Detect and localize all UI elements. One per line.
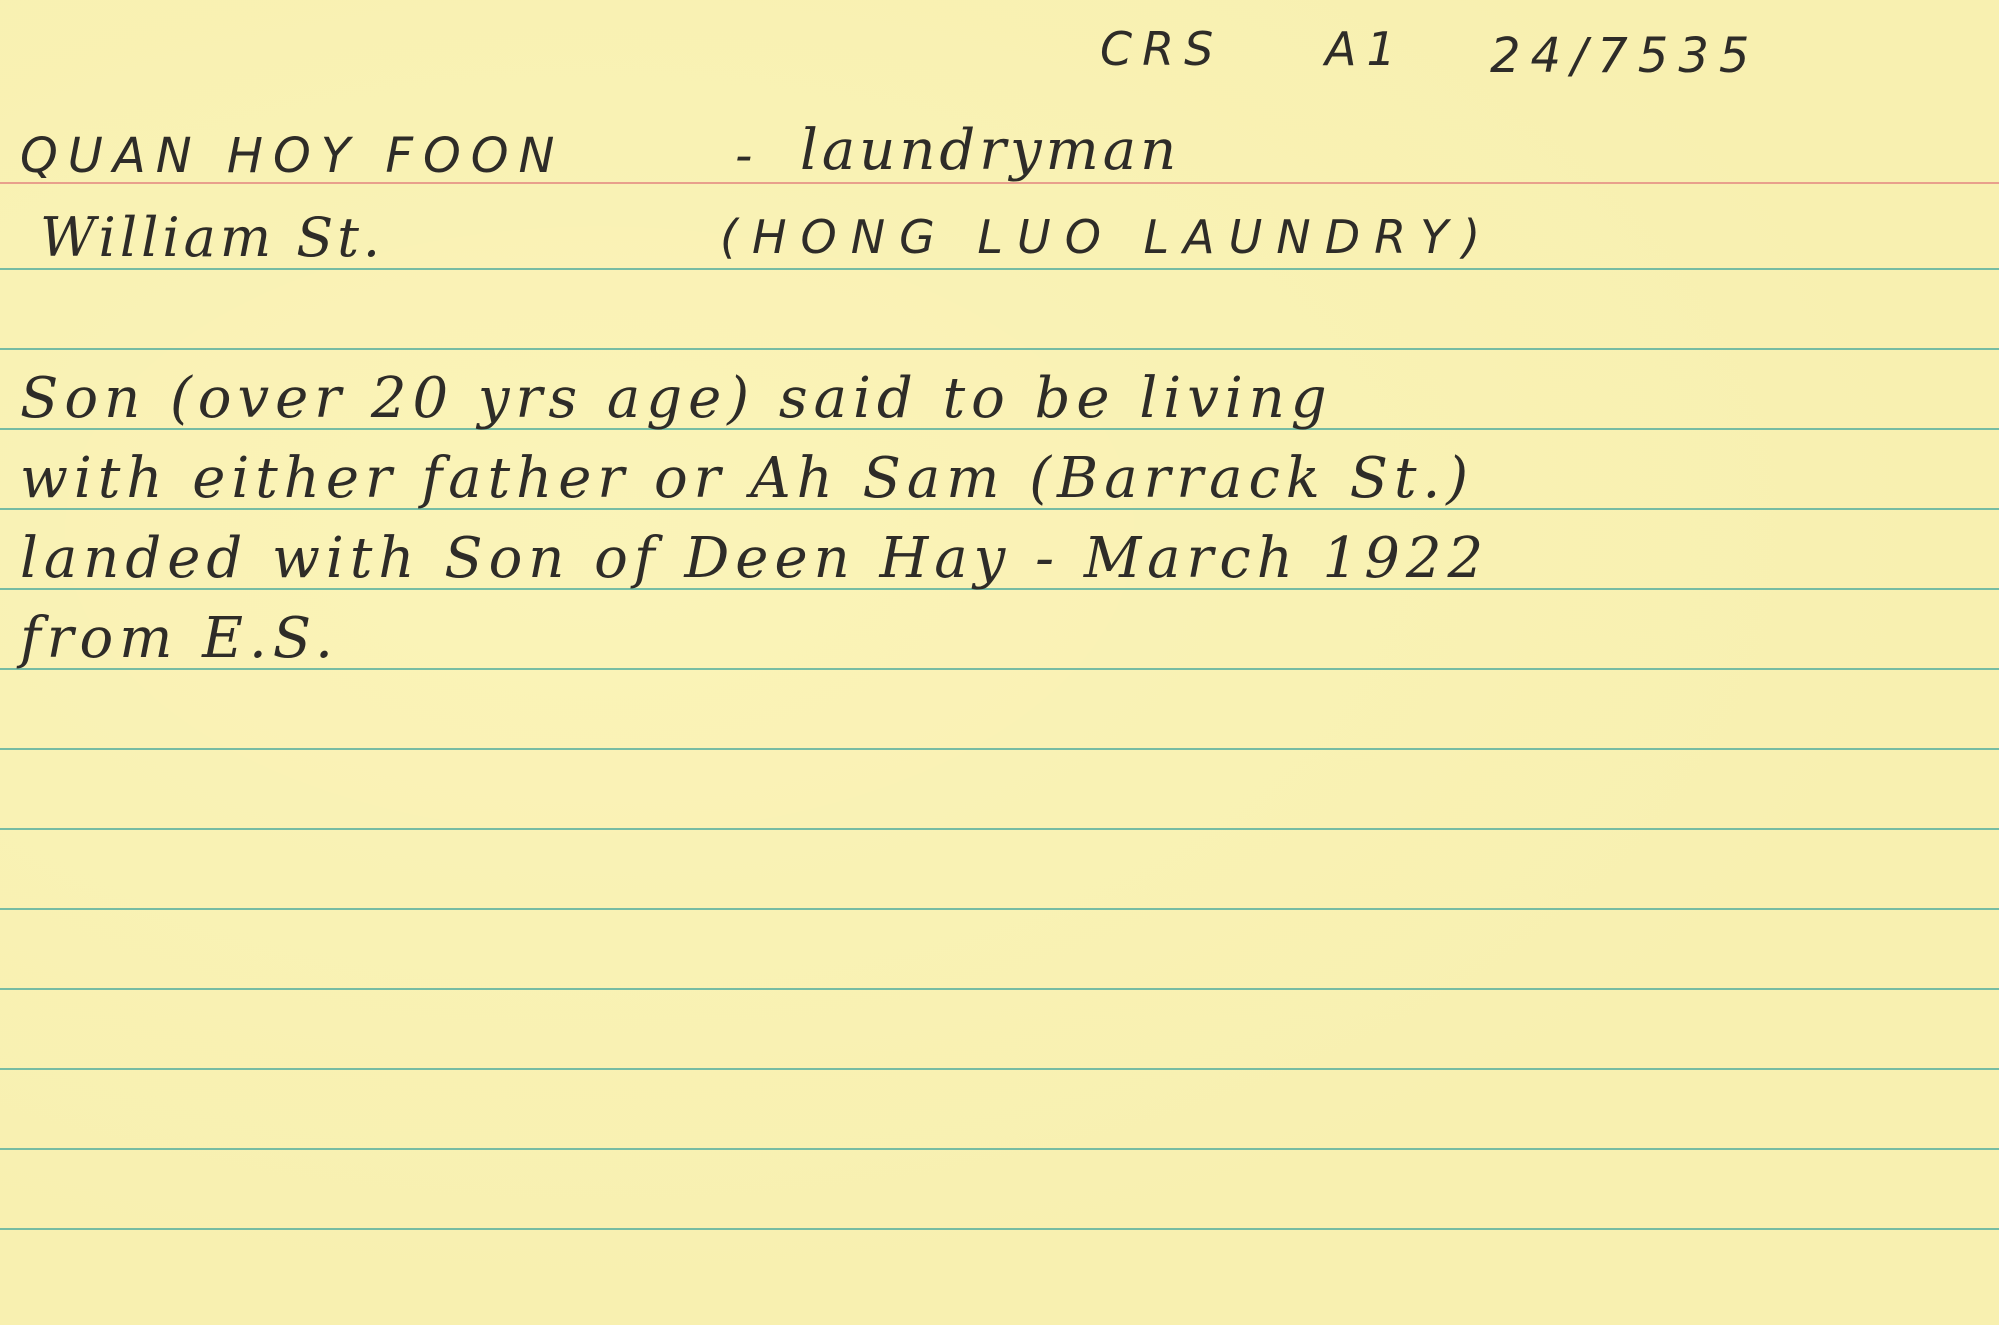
occupation: laundryman xyxy=(800,118,1180,183)
reference-number: 24/7535 xyxy=(1490,28,1759,84)
note-line: from E.S. xyxy=(20,606,339,671)
ruled-line xyxy=(0,1148,1999,1150)
ruled-line xyxy=(0,908,1999,910)
ruled-line xyxy=(0,748,1999,750)
ruled-line xyxy=(0,988,1999,990)
ruled-line xyxy=(0,828,1999,830)
ruled-line xyxy=(0,1228,1999,1230)
note-line: Son (over 20 yrs age) said to be living xyxy=(20,366,1333,431)
subject-name: QUAN HOY FOON xyxy=(20,128,564,184)
note-line: with either father or Ah Sam (Barrack St… xyxy=(20,446,1474,511)
address: William St. xyxy=(40,206,384,269)
reference-item: A1 xyxy=(1325,22,1406,76)
reference-series: CRS xyxy=(1100,22,1223,76)
name-separator: - xyxy=(735,128,762,184)
note-line: landed with Son of Deen Hay - March 1922 xyxy=(20,526,1489,591)
ruled-line xyxy=(0,1068,1999,1070)
business-name: (HONG LUO LAUNDRY) xyxy=(720,210,1494,264)
index-card: CRS A1 24/7535 QUAN HOY FOON - laundryma… xyxy=(0,0,1999,1325)
ruled-line xyxy=(0,348,1999,350)
